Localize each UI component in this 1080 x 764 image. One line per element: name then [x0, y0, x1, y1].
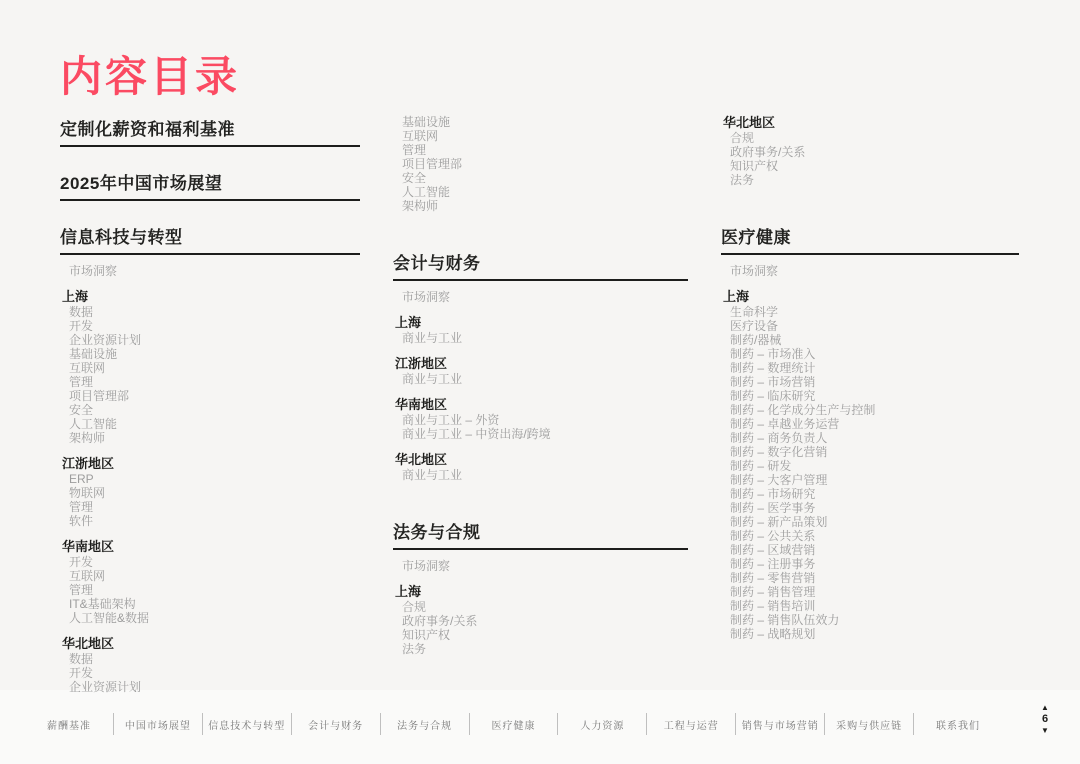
nav-tab[interactable]: 采购与供应链 — [825, 717, 913, 732]
toc-item[interactable]: 人工智能 — [60, 417, 360, 431]
nav-tab[interactable]: 人力资源 — [558, 717, 646, 732]
toc-item[interactable]: 政府事务/关系 — [721, 145, 1019, 159]
toc-item[interactable]: 互联网 — [60, 569, 360, 583]
toc-item[interactable]: 开发 — [60, 319, 360, 333]
toc-item[interactable]: 制药 – 临床研究 — [721, 389, 1019, 403]
toc-item[interactable]: 医疗设备 — [721, 319, 1019, 333]
toc-column-left: 定制化薪资和福利基准2025年中国市场展望信息科技与转型市场洞察上海数据开发企业… — [60, 115, 360, 694]
toc-item[interactable]: 开发 — [60, 666, 360, 680]
toc-item[interactable]: 制药 – 市场营销 — [721, 375, 1019, 389]
toc-item[interactable]: 制药 – 数理统计 — [721, 361, 1019, 375]
toc-item[interactable]: 制药 – 新产品策划 — [721, 515, 1019, 529]
toc-item[interactable]: 制药 – 零售营销 — [721, 571, 1019, 585]
toc-item[interactable]: 企业资源计划 — [60, 680, 360, 694]
toc-item[interactable]: 管理 — [60, 375, 360, 389]
toc-item[interactable]: 项目管理部 — [60, 389, 360, 403]
bottom-nav: 薪酬基准中国市场展望信息技术与转型会计与财务法务与合规医疗健康人力资源工程与运营… — [25, 711, 1002, 737]
toc-section-title[interactable]: 定制化薪资和福利基准 — [60, 115, 360, 147]
toc-item[interactable]: 开发 — [60, 555, 360, 569]
toc-region-label: 华南地区 — [393, 397, 688, 413]
toc-item[interactable]: 生命科学 — [721, 305, 1019, 319]
toc-item[interactable]: 数据 — [60, 652, 360, 666]
toc-item[interactable]: 管理 — [393, 143, 688, 157]
toc-item[interactable]: 政府事务/关系 — [393, 614, 688, 628]
nav-tab[interactable]: 薪酬基准 — [25, 717, 113, 732]
toc-section-title[interactable]: 法务与合规 — [393, 518, 688, 550]
toc-item[interactable]: 制药 – 销售培训 — [721, 599, 1019, 613]
toc-item[interactable]: 管理 — [60, 500, 360, 514]
toc-region-label: 江浙地区 — [60, 456, 360, 472]
nav-tab[interactable]: 联系我们 — [914, 717, 1002, 732]
toc-column-middle: 基础设施互联网管理项目管理部安全人工智能架构师会计与财务市场洞察上海商业与工业江… — [393, 115, 688, 694]
toc-region-label: 上海 — [60, 289, 360, 305]
toc-region-label: 上海 — [721, 289, 1019, 305]
toc-item[interactable]: 市场洞察 — [393, 290, 688, 304]
nav-tab[interactable]: 销售与市场营销 — [736, 717, 824, 732]
nav-tab[interactable]: 医疗健康 — [470, 717, 558, 732]
toc-item[interactable]: 知识产权 — [393, 628, 688, 642]
toc-item[interactable]: 合规 — [721, 131, 1019, 145]
toc-region-label: 上海 — [393, 315, 688, 331]
toc-item[interactable]: ERP — [60, 472, 360, 486]
toc-region-label: 华北地区 — [721, 115, 1019, 131]
toc-item[interactable]: 制药 – 区域营销 — [721, 543, 1019, 557]
toc-column-right: 华北地区合规政府事务/关系知识产权法务医疗健康市场洞察上海生命科学医疗设备制药/… — [721, 115, 1019, 694]
toc-region-label: 华北地区 — [60, 636, 360, 652]
toc-item[interactable]: 基础设施 — [60, 347, 360, 361]
toc-item[interactable]: 软件 — [60, 514, 360, 528]
toc-item[interactable]: 数据 — [60, 305, 360, 319]
toc-item[interactable]: 制药/器械 — [721, 333, 1019, 347]
toc-item[interactable]: 企业资源计划 — [60, 333, 360, 347]
toc-item[interactable]: 制药 – 市场研究 — [721, 487, 1019, 501]
toc-section-title[interactable]: 医疗健康 — [721, 223, 1019, 255]
nav-tab[interactable]: 工程与运营 — [647, 717, 735, 732]
toc-section-title[interactable]: 信息科技与转型 — [60, 223, 360, 255]
toc-item[interactable]: 制药 – 化学成分生产与控制 — [721, 403, 1019, 417]
toc-item[interactable]: 商业与工业 — [393, 331, 688, 345]
toc-item[interactable]: 制药 – 研发 — [721, 459, 1019, 473]
page-down-icon[interactable]: ▼ — [1034, 726, 1056, 736]
toc-item[interactable]: 架构师 — [60, 431, 360, 445]
toc-item[interactable]: 制药 – 战略规划 — [721, 627, 1019, 641]
toc-item[interactable]: 架构师 — [393, 199, 688, 213]
toc-item[interactable]: 制药 – 销售管理 — [721, 585, 1019, 599]
toc-item[interactable]: 商业与工业 – 外资 — [393, 413, 688, 427]
toc-item[interactable]: 商业与工业 — [393, 468, 688, 482]
toc-item[interactable]: 市场洞察 — [393, 559, 688, 573]
toc-item[interactable]: 项目管理部 — [393, 157, 688, 171]
page-navigator: ▲ 6 ▼ — [1034, 703, 1056, 736]
toc-item[interactable]: 安全 — [60, 403, 360, 417]
toc-item[interactable]: 知识产权 — [721, 159, 1019, 173]
toc-columns: 定制化薪资和福利基准2025年中国市场展望信息科技与转型市场洞察上海数据开发企业… — [60, 115, 1019, 694]
toc-item[interactable]: 人工智能&数据 — [60, 611, 360, 625]
toc-section-title[interactable]: 2025年中国市场展望 — [60, 169, 360, 201]
toc-item[interactable]: 安全 — [393, 171, 688, 185]
toc-item[interactable]: 基础设施 — [393, 115, 688, 129]
toc-item[interactable]: 管理 — [60, 583, 360, 597]
toc-region-label: 华南地区 — [60, 539, 360, 555]
toc-region-label: 华北地区 — [393, 452, 688, 468]
toc-item[interactable]: 市场洞察 — [60, 264, 360, 278]
toc-item[interactable]: 制药 – 数字化营销 — [721, 445, 1019, 459]
page-up-icon[interactable]: ▲ — [1034, 703, 1056, 713]
nav-tab[interactable]: 中国市场展望 — [114, 717, 202, 732]
nav-tab[interactable]: 信息技术与转型 — [203, 717, 291, 732]
toc-region-label: 上海 — [393, 584, 688, 600]
toc-section-title[interactable]: 会计与财务 — [393, 249, 688, 281]
toc-item[interactable]: 制药 – 大客户管理 — [721, 473, 1019, 487]
toc-item[interactable]: 制药 – 卓越业务运营 — [721, 417, 1019, 431]
toc-item[interactable]: 制药 – 公共关系 — [721, 529, 1019, 543]
toc-item[interactable]: IT&基础架构 — [60, 597, 360, 611]
toc-item[interactable]: 互联网 — [393, 129, 688, 143]
toc-item[interactable]: 法务 — [393, 642, 688, 656]
toc-item[interactable]: 商业与工业 – 中资出海/跨境 — [393, 427, 688, 441]
toc-item[interactable]: 制药 – 注册事务 — [721, 557, 1019, 571]
nav-tab[interactable]: 法务与合规 — [381, 717, 469, 732]
page-title: 内容目录 — [60, 44, 240, 104]
toc-region-label: 江浙地区 — [393, 356, 688, 372]
toc-item[interactable]: 互联网 — [60, 361, 360, 375]
toc-item[interactable]: 法务 — [721, 173, 1019, 187]
nav-tab[interactable]: 会计与财务 — [292, 717, 380, 732]
toc-item[interactable]: 物联网 — [60, 486, 360, 500]
toc-item[interactable]: 制药 – 商务负责人 — [721, 431, 1019, 445]
toc-item[interactable]: 制药 – 医学事务 — [721, 501, 1019, 515]
toc-item[interactable]: 人工智能 — [393, 185, 688, 199]
toc-item[interactable]: 制药 – 销售队伍效力 — [721, 613, 1019, 627]
toc-item[interactable]: 制药 – 市场准入 — [721, 347, 1019, 361]
toc-item[interactable]: 商业与工业 — [393, 372, 688, 386]
toc-item[interactable]: 合规 — [393, 600, 688, 614]
toc-item[interactable]: 市场洞察 — [721, 264, 1019, 278]
page-number: 6 — [1034, 713, 1056, 726]
